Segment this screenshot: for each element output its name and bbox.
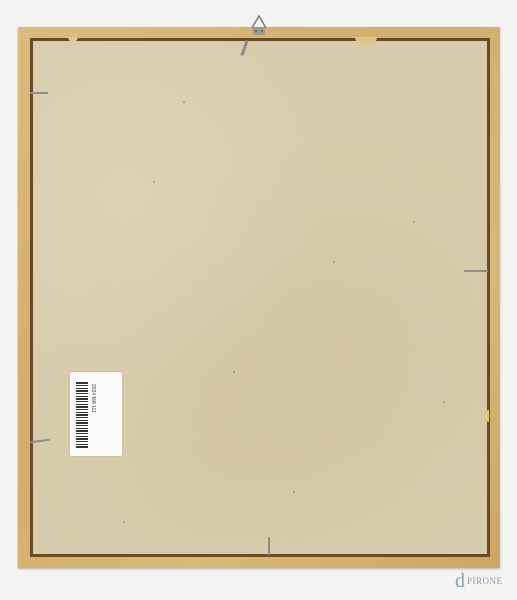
cardboard-backing xyxy=(33,41,487,554)
watermark: d PIRONE xyxy=(455,572,503,590)
speck xyxy=(233,371,235,373)
label-text: 2024 MA 111 xyxy=(90,384,96,444)
inventory-label: 2024 MA 111 xyxy=(70,372,122,456)
nail xyxy=(30,92,48,94)
speck xyxy=(333,261,335,263)
speck xyxy=(443,401,445,403)
speck xyxy=(153,181,155,183)
nail xyxy=(464,270,488,272)
barcode xyxy=(76,382,88,448)
picture-frame xyxy=(18,27,500,568)
board-chip xyxy=(484,410,489,422)
hanger-icon xyxy=(250,14,268,36)
speck xyxy=(123,521,125,523)
speck xyxy=(183,101,185,103)
nail xyxy=(268,537,270,555)
speck xyxy=(413,221,415,223)
watermark-text: PIRONE xyxy=(467,576,503,590)
watermark-logo-icon: d xyxy=(455,572,465,590)
photo-scene: 2024 MA 111 d PIRONE xyxy=(0,0,517,600)
speck xyxy=(293,491,295,493)
